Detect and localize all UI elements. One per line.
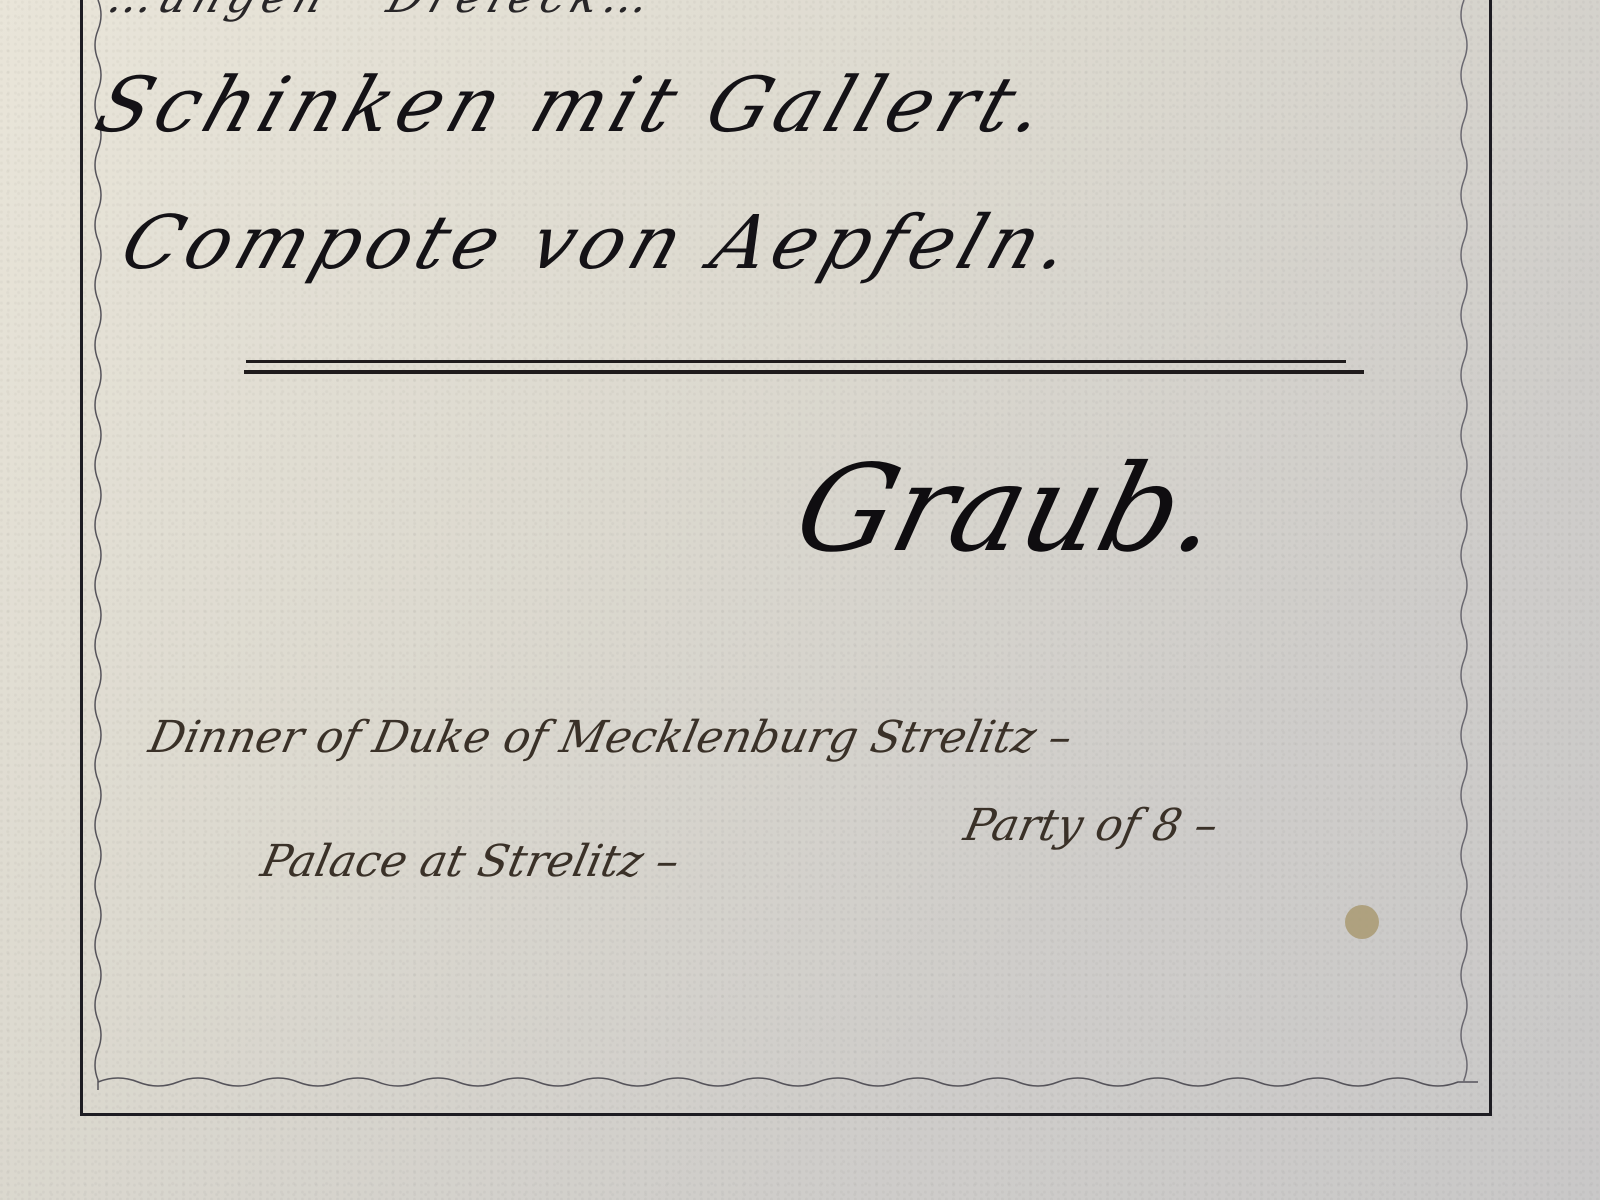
menu-line-2: Compote von Aepfeln. [111,200,1087,286]
ink-stain [1345,905,1379,939]
annotation-line-3: Palace at Strelitz – [257,836,684,887]
double-rule-top [246,360,1346,363]
menu-partial-top-line: …ungen · Dreieck… [102,0,664,23]
menu-line-1: Schinken mit Gallert. [86,60,1064,149]
card-outer-border [80,0,1492,1116]
annotation-line-2: Party of 8 – [960,800,1223,851]
annotation-line-1: Dinner of Duke of Mecklenburg Strelitz – [145,712,1077,763]
double-rule-bottom [244,370,1364,374]
section-heading: Graub. [783,440,1235,579]
